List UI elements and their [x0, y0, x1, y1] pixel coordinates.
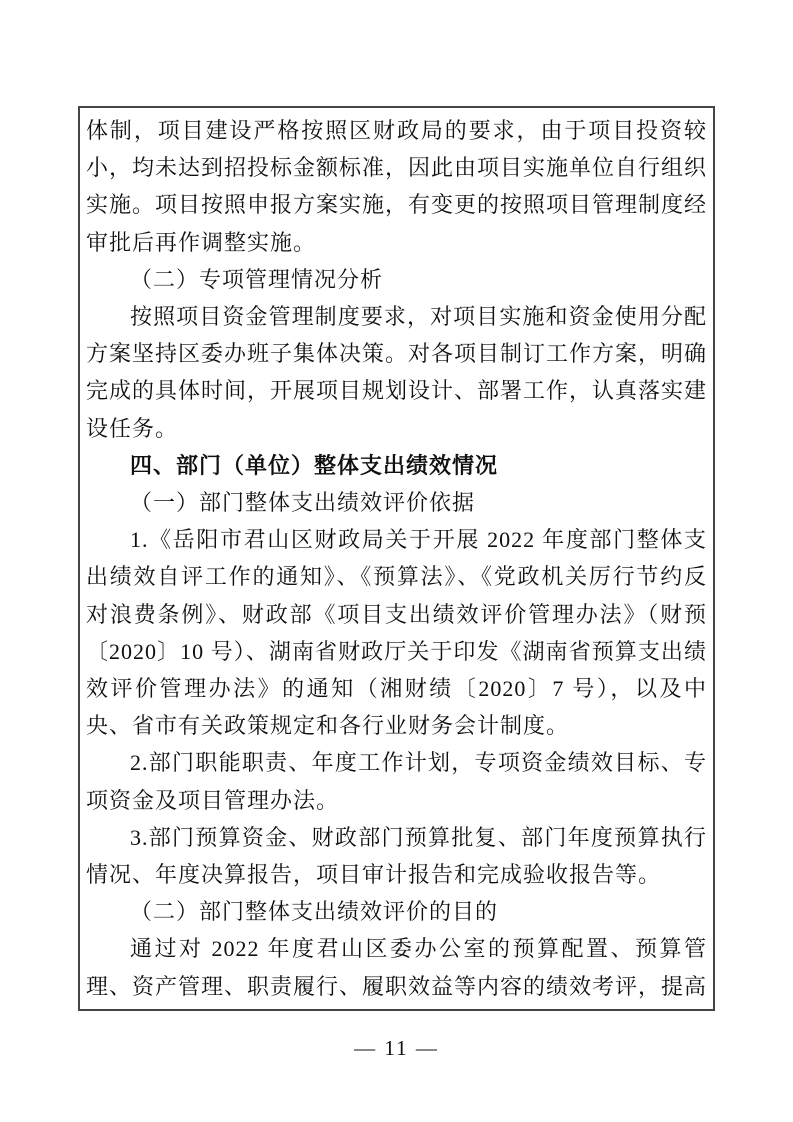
paragraph-basis-item-1: 1.《岳阳市君山区财政局关于开展 2022 年度部门整体支出绩效自评工作的通知》… — [86, 521, 707, 744]
page-number: — 11 — — [0, 1036, 793, 1061]
subsection-heading-evaluation-basis: （一）部门整体支出绩效评价依据 — [86, 484, 707, 521]
paragraph-continuation: 体制，项目建设严格按照区财政局的要求，由于项目投资较小，均未达到招投标金额标准，… — [86, 112, 707, 261]
section-heading-overall-expenditure: 四、部门（单位）整体支出绩效情况 — [86, 447, 707, 484]
subsection-heading-special-management: （二）专项管理情况分析 — [86, 261, 707, 298]
paragraph-basis-item-3: 3.部门预算资金、财政部门预算批复、部门年度预算执行情况、年度决算报告，项目审计… — [86, 819, 707, 893]
paragraph-basis-item-2: 2.部门职能职责、年度工作计划，专项资金绩效目标、专项资金及项目管理办法。 — [86, 744, 707, 818]
paragraph-fund-management: 按照项目资金管理制度要求，对项目实施和资金使用分配方案坚持区委办班子集体决策。对… — [86, 298, 707, 447]
document-page: 体制，项目建设严格按照区财政局的要求，由于项目投资较小，均未达到招投标金额标准，… — [0, 0, 793, 1122]
paragraph-evaluation-purpose: 通过对 2022 年度君山区委办公室的预算配置、预算管理、资产管理、职责履行、履… — [86, 930, 707, 1011]
document-text-border: 体制，项目建设严格按照区财政局的要求，由于项目投资较小，均未达到招投标金额标准，… — [78, 106, 715, 1011]
subsection-heading-evaluation-purpose: （二）部门整体支出绩效评价的目的 — [86, 893, 707, 930]
